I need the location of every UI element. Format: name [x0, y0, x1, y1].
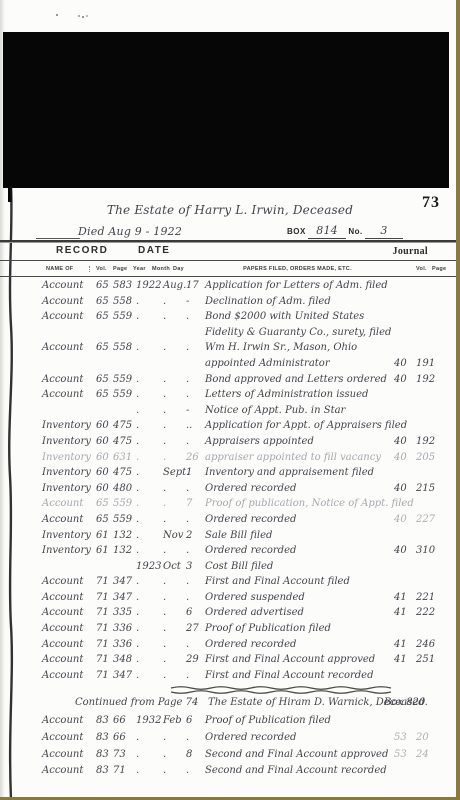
cell-date-year: .: [136, 389, 164, 400]
continued-from-note: Continued from Page 74: [75, 697, 198, 708]
cell-record-vol: 71: [96, 623, 113, 634]
cell-papers-description: Proof of publication, Notice of Appt. fi…: [205, 498, 390, 509]
cell-journal-page: 215: [416, 483, 444, 494]
table-row: Account 83 71 . . . Second and Final Acc…: [0, 765, 456, 782]
cell-date-month: .: [163, 670, 187, 681]
cell-date-day: .: [186, 670, 202, 681]
cell-record-name: Account: [42, 765, 94, 776]
cell-papers-description: Proof of Publication filed: [205, 715, 390, 726]
cell-record-name: Inventory: [42, 530, 94, 541]
cell-papers-description: First and Final Account approved: [205, 654, 390, 665]
cell-date-month: .: [163, 749, 187, 760]
cell-papers-description: Notice of Appt. Pub. in Star: [205, 405, 390, 416]
cell-papers-description: Ordered recorded: [205, 639, 390, 650]
col-header-year: Year: [133, 266, 146, 272]
col-header-vol: Vol.: [89, 266, 107, 272]
cell-date-day: 17: [186, 280, 202, 291]
table-row: Account 65 559 . . . Bond approved and L…: [0, 374, 456, 390]
ledger-rows-warnick: Account 83 66 1932 Feb 6 Proof of Public…: [0, 715, 456, 782]
cell-papers-description: Wm H. Irwin Sr., Mason, Ohio: [205, 342, 390, 353]
cell-record-name: Account: [42, 280, 94, 291]
cell-record-vol: 60: [96, 420, 113, 431]
table-row: Inventory 60 475 . . . Appraisers appoin…: [0, 436, 456, 452]
scan-specks: [56, 14, 58, 16]
cell-journal-page: 310: [416, 545, 444, 556]
cell-journal-vol: 41: [394, 592, 414, 603]
cell-date-year: .: [136, 545, 164, 556]
cell-papers-description: Letters of Administration issued: [205, 389, 390, 400]
cell-date-month: .: [163, 639, 187, 650]
estate-title: The Estate of Harry L. Irwin, Deceased: [105, 203, 355, 217]
cell-date-month: Aug.: [163, 280, 187, 291]
table-row: . . - Notice of Appt. Pub. in Star: [0, 405, 456, 421]
cell-journal-page: 251: [416, 654, 444, 665]
table-row: Inventory 61 132 . . . Ordered recorded …: [0, 545, 456, 561]
cell-papers-description: Declination of Adm. filed: [205, 296, 390, 307]
table-row: Account 65 559 . . 7 Proof of publicatio…: [0, 498, 456, 514]
ledger-rows-irwin: Account 65 583 1922 Aug. 17 Application …: [0, 280, 456, 685]
table-row: Inventory 60 631 . . 26 appraiser appoin…: [0, 452, 456, 468]
cell-journal-vol: 40: [394, 514, 414, 525]
cell-papers-description: First and Final Account filed: [205, 576, 390, 587]
cell-record-name: Account: [42, 592, 94, 603]
cell-date-month: Feb: [163, 715, 187, 726]
cell-date-day: -: [186, 405, 202, 416]
cell-date-month: .: [163, 498, 187, 509]
table-row: Inventory 61 132 . Nov 2 Sale Bill filed: [0, 530, 456, 546]
cell-date-month: .: [163, 514, 187, 525]
cell-journal-vol: 40: [394, 452, 414, 463]
cell-record-vol: 71: [96, 607, 113, 618]
cell-record-vol: 65: [96, 280, 113, 291]
column-headers: NAME OF Vol. Page Year Month Day PAPERS …: [0, 264, 456, 275]
cell-record-vol: 71: [96, 670, 113, 681]
cell-journal-page: 20: [416, 732, 444, 743]
scanned-ledger-page: 73 The Estate of Harry L. Irwin, Decease…: [0, 0, 460, 800]
cell-record-vol: 65: [96, 296, 113, 307]
cell-date-year: 1923: [136, 561, 164, 572]
cell-papers-description: Sale Bill filed: [205, 530, 390, 541]
table-row: Account 65 559 . . . Bond $2000 with Uni…: [0, 311, 456, 327]
cell-date-day: .: [186, 374, 202, 385]
cell-date-month: .: [163, 483, 187, 494]
cell-journal-page: 246: [416, 639, 444, 650]
cell-date-day: 27: [186, 623, 202, 634]
cell-record-name: Account: [42, 576, 94, 587]
cell-record-vol: 65: [96, 514, 113, 525]
cell-date-day: .: [186, 514, 202, 525]
cell-journal-page: 192: [416, 436, 444, 447]
cell-date-year: .: [136, 530, 164, 541]
header-rule-thick: [0, 240, 456, 242]
cell-record-vol: 83: [96, 765, 113, 776]
cell-date-year: .: [136, 607, 164, 618]
cell-date-year: .: [136, 514, 164, 525]
cell-record-vol: 83: [96, 715, 113, 726]
cell-date-day: .: [186, 576, 202, 587]
cell-date-day: 29: [186, 654, 202, 665]
table-row: Account 71 336 . . . Ordered recorded 41…: [0, 639, 456, 655]
death-date: Died Aug 9 - 1922: [78, 225, 182, 238]
cell-date-month: .: [163, 607, 187, 618]
cell-date-month: Oct: [163, 561, 187, 572]
table-row: Inventory 60 475 . . .. Application for …: [0, 420, 456, 436]
cell-record-name: Inventory: [42, 436, 94, 447]
redaction-black-box: [3, 32, 449, 188]
cell-record-name: Account: [42, 389, 94, 400]
cell-date-month: .: [163, 436, 187, 447]
cell-papers-description: Inventory and appraisement filed: [205, 467, 390, 478]
cell-date-month: .: [163, 389, 187, 400]
cell-date-day: 3: [186, 561, 202, 572]
cell-record-name: Account: [42, 749, 94, 760]
cell-date-year: .: [136, 483, 164, 494]
cell-date-day: 26: [186, 452, 202, 463]
cell-date-month: .: [163, 405, 187, 416]
cell-date-day: 6: [186, 607, 202, 618]
cell-date-year: .: [136, 749, 164, 760]
cell-date-year: .: [136, 623, 164, 634]
cell-date-year: .: [136, 296, 164, 307]
cell-date-day: 7: [186, 498, 202, 509]
cell-date-month: .: [163, 420, 187, 431]
cell-date-day: .: [186, 389, 202, 400]
cell-date-month: Sept.: [163, 467, 187, 478]
cell-date-day: .: [186, 545, 202, 556]
cell-date-day: .: [186, 436, 202, 447]
cell-journal-vol: 41: [394, 639, 414, 650]
cell-papers-description: Application for Appt. of Appraisers file…: [205, 420, 390, 431]
cell-record-vol: 71: [96, 576, 113, 587]
cell-record-vol: 61: [96, 545, 113, 556]
cell-date-day: .: [186, 342, 202, 353]
col-header-journal-vol: Vol.: [416, 266, 427, 272]
col-header-papers: PAPERS FILED, ORDERS MADE, ETC.: [210, 266, 385, 272]
table-row: Account 71 348 . . 29 First and Final Ac…: [0, 654, 456, 670]
warnick-box-number: Box 820: [384, 697, 425, 708]
cell-journal-vol: 40: [394, 483, 414, 494]
table-row: Account 65 583 1922 Aug. 17 Application …: [0, 280, 456, 296]
cell-journal-page: 205: [416, 452, 444, 463]
cell-record-vol: 65: [96, 374, 113, 385]
cell-journal-page: 191: [416, 358, 444, 369]
cell-journal-vol: 40: [394, 374, 414, 385]
cell-date-month: .: [163, 732, 187, 743]
cell-journal-vol: 41: [394, 654, 414, 665]
header-rule-bottom: [0, 276, 456, 277]
cell-journal-vol: 53: [394, 749, 414, 760]
table-row: Inventory 60 475 . Sept. 1 Inventory and…: [0, 467, 456, 483]
cell-record-vol: 71: [96, 639, 113, 650]
cell-date-year: .: [136, 405, 164, 416]
cell-record-name: Account: [42, 639, 94, 650]
cell-date-day: -: [186, 296, 202, 307]
cell-papers-description: Ordered recorded: [205, 514, 390, 525]
cell-papers-description: Proof of Publication filed: [205, 623, 390, 634]
column-group-record: RECORD: [56, 245, 108, 256]
no-label: No.: [348, 227, 362, 236]
cell-journal-page: 192: [416, 374, 444, 385]
cell-date-year: .: [136, 765, 164, 776]
col-header-journal-page: Page: [432, 266, 446, 272]
cell-date-year: .: [136, 592, 164, 603]
table-row: Account 65 558 . . - Declination of Adm.…: [0, 296, 456, 312]
cell-journal-vol: 40: [394, 358, 414, 369]
cell-journal-vol: 53: [394, 732, 414, 743]
cell-record-name: Account: [42, 670, 94, 681]
cell-date-month: Nov: [163, 530, 187, 541]
cell-journal-page: 222: [416, 607, 444, 618]
cell-date-month: .: [163, 576, 187, 587]
cell-record-name: Inventory: [42, 545, 94, 556]
cell-record-vol: 60: [96, 436, 113, 447]
cell-date-year: .: [136, 654, 164, 665]
cell-record-name: Account: [42, 311, 94, 322]
cell-date-month: .: [163, 342, 187, 353]
cell-date-month: .: [163, 592, 187, 603]
cell-record-name: Account: [42, 296, 94, 307]
cell-record-name: Account: [42, 732, 94, 743]
cell-record-vol: 83: [96, 749, 113, 760]
cell-date-month: .: [163, 374, 187, 385]
cell-date-day: .: [186, 483, 202, 494]
no-value: 3: [365, 224, 403, 239]
cell-date-year: .: [136, 576, 164, 587]
cell-date-year: .: [136, 639, 164, 650]
cell-date-year: 1932: [136, 715, 164, 726]
cell-record-vol: 60: [96, 483, 113, 494]
cell-record-vol: 65: [96, 342, 113, 353]
table-row: Account 71 347 . . . First and Final Acc…: [0, 576, 456, 592]
header-rule-mid: [0, 260, 456, 261]
cell-journal-vol: 40: [394, 436, 414, 447]
cell-date-month: .: [163, 545, 187, 556]
cell-date-day: .: [186, 732, 202, 743]
col-header-page: Page: [113, 266, 127, 272]
cell-date-year: .: [136, 342, 164, 353]
cell-date-day: .: [186, 592, 202, 603]
cell-record-name: Account: [42, 607, 94, 618]
ruled-dash: [36, 238, 80, 239]
cell-journal-page: 24: [416, 749, 444, 760]
section-divider-wavy: [170, 686, 402, 695]
cell-date-day: 2: [186, 530, 202, 541]
table-row: Inventory 60 480 . . . Ordered recorded …: [0, 483, 456, 499]
table-row: Account 65 559 . . . Letters of Administ…: [0, 389, 456, 405]
cell-papers-description: appointed Administrator: [205, 358, 390, 369]
table-row: Account 65 558 . . . Wm H. Irwin Sr., Ma…: [0, 342, 456, 358]
cell-papers-description: First and Final Account recorded: [205, 670, 390, 681]
cell-papers-description: Ordered recorded: [205, 545, 390, 556]
cell-date-month: .: [163, 296, 187, 307]
cell-papers-description: Bond $2000 with United States: [205, 311, 390, 322]
cell-date-day: .: [186, 765, 202, 776]
table-row: Fidelity & Guaranty Co., surety, filed: [0, 327, 456, 343]
box-number-group: BOX 814 No. 3: [287, 224, 403, 239]
cell-record-vol: 65: [96, 389, 113, 400]
cell-papers-description: Fidelity & Guaranty Co., surety, filed: [205, 327, 390, 338]
cell-record-name: Inventory: [42, 467, 94, 478]
column-group-date: DATE: [138, 245, 170, 256]
cell-record-vol: 65: [96, 311, 113, 322]
cell-date-month: .: [163, 452, 187, 463]
col-header-month: Month: [152, 266, 170, 272]
cell-record-name: Account: [42, 654, 94, 665]
table-row: Account 83 66 . . . Ordered recorded 53 …: [0, 732, 456, 749]
cell-papers-description: Ordered recorded: [205, 732, 390, 743]
cell-date-month: .: [163, 311, 187, 322]
cell-journal-page: 221: [416, 592, 444, 603]
cell-record-name: Inventory: [42, 483, 94, 494]
cell-record-name: Account: [42, 715, 94, 726]
cell-date-year: .: [136, 374, 164, 385]
cell-papers-description: Cost Bill filed: [205, 561, 390, 572]
cell-date-year: 1922: [136, 280, 164, 291]
cell-date-year: .: [136, 670, 164, 681]
cell-date-month: .: [163, 623, 187, 634]
cell-papers-description: Second and Final Account approved: [205, 749, 390, 760]
cell-record-name: Account: [42, 498, 94, 509]
table-row: Account 65 559 . . . Ordered recorded 40…: [0, 514, 456, 530]
box-value: 814: [308, 224, 346, 239]
cell-record-name: Account: [42, 342, 94, 353]
cell-date-day: .: [186, 639, 202, 650]
cell-papers-description: appraiser appointed to fill vacancy: [205, 452, 390, 463]
cell-record-name: Inventory: [42, 420, 94, 431]
cell-date-year: .: [136, 311, 164, 322]
cell-date-year: .: [136, 498, 164, 509]
cell-date-year: .: [136, 452, 164, 463]
column-group-journal: Journal: [393, 246, 428, 257]
box-label: BOX: [287, 227, 306, 236]
cell-record-name: Account: [42, 514, 94, 525]
table-row: Account 71 347 . . . First and Final Acc…: [0, 670, 456, 686]
cell-date-day: 1: [186, 467, 202, 478]
cell-papers-description: Application for Letters of Adm. filed: [205, 280, 390, 291]
cell-date-day: .: [186, 311, 202, 322]
cell-papers-description: Ordered advertised: [205, 607, 390, 618]
table-row: 1923 Oct 3 Cost Bill filed: [0, 561, 456, 577]
page-number: 73: [422, 194, 440, 212]
cell-record-name: Inventory: [42, 452, 94, 463]
cell-papers-description: Bond approved and Letters ordered: [205, 374, 390, 385]
cell-date-year: .: [136, 467, 164, 478]
cell-papers-description: Second and Final Account recorded: [205, 765, 390, 776]
table-row: Account 83 66 1932 Feb 6 Proof of Public…: [0, 715, 456, 732]
cell-date-year: .: [136, 436, 164, 447]
cell-date-year: .: [136, 732, 164, 743]
cell-record-vol: 71: [96, 654, 113, 665]
table-row: Account 71 336 . . 27 Proof of Publicati…: [0, 623, 456, 639]
cell-journal-vol: 40: [394, 545, 414, 556]
cell-record-name: Account: [42, 623, 94, 634]
section2-header: Continued from Page 74 The Estate of Hir…: [0, 697, 456, 713]
cell-papers-description: Ordered recorded: [205, 483, 390, 494]
cell-record-name: Account: [42, 374, 94, 385]
cell-date-day: ..: [186, 420, 202, 431]
cell-papers-description: Appraisers appointed: [205, 436, 390, 447]
cell-record-vol: 61: [96, 530, 113, 541]
cell-record-vol: 60: [96, 452, 113, 463]
cell-record-vol: 83: [96, 732, 113, 743]
cell-journal-page: 227: [416, 514, 444, 525]
cell-record-vol: 60: [96, 467, 113, 478]
cell-record-vol: 71: [96, 592, 113, 603]
cell-date-month: .: [163, 765, 187, 776]
cell-date-day: 8: [186, 749, 202, 760]
cell-date-day: 6: [186, 715, 202, 726]
table-row: Account 71 335 . . 6 Ordered advertised …: [0, 607, 456, 623]
table-row: appointed Administrator 40 191: [0, 358, 456, 374]
cell-papers-description: Ordered suspended: [205, 592, 390, 603]
cell-date-month: .: [163, 654, 187, 665]
col-header-name-of: NAME OF: [46, 266, 73, 272]
cell-record-vol: 65: [96, 498, 113, 509]
cell-journal-vol: 41: [394, 607, 414, 618]
col-header-day: Day: [173, 266, 184, 272]
cell-date-year: .: [136, 420, 164, 431]
table-row: Account 71 347 . . . Ordered suspended 4…: [0, 592, 456, 608]
table-row: Account 83 73 . . 8 Second and Final Acc…: [0, 749, 456, 766]
